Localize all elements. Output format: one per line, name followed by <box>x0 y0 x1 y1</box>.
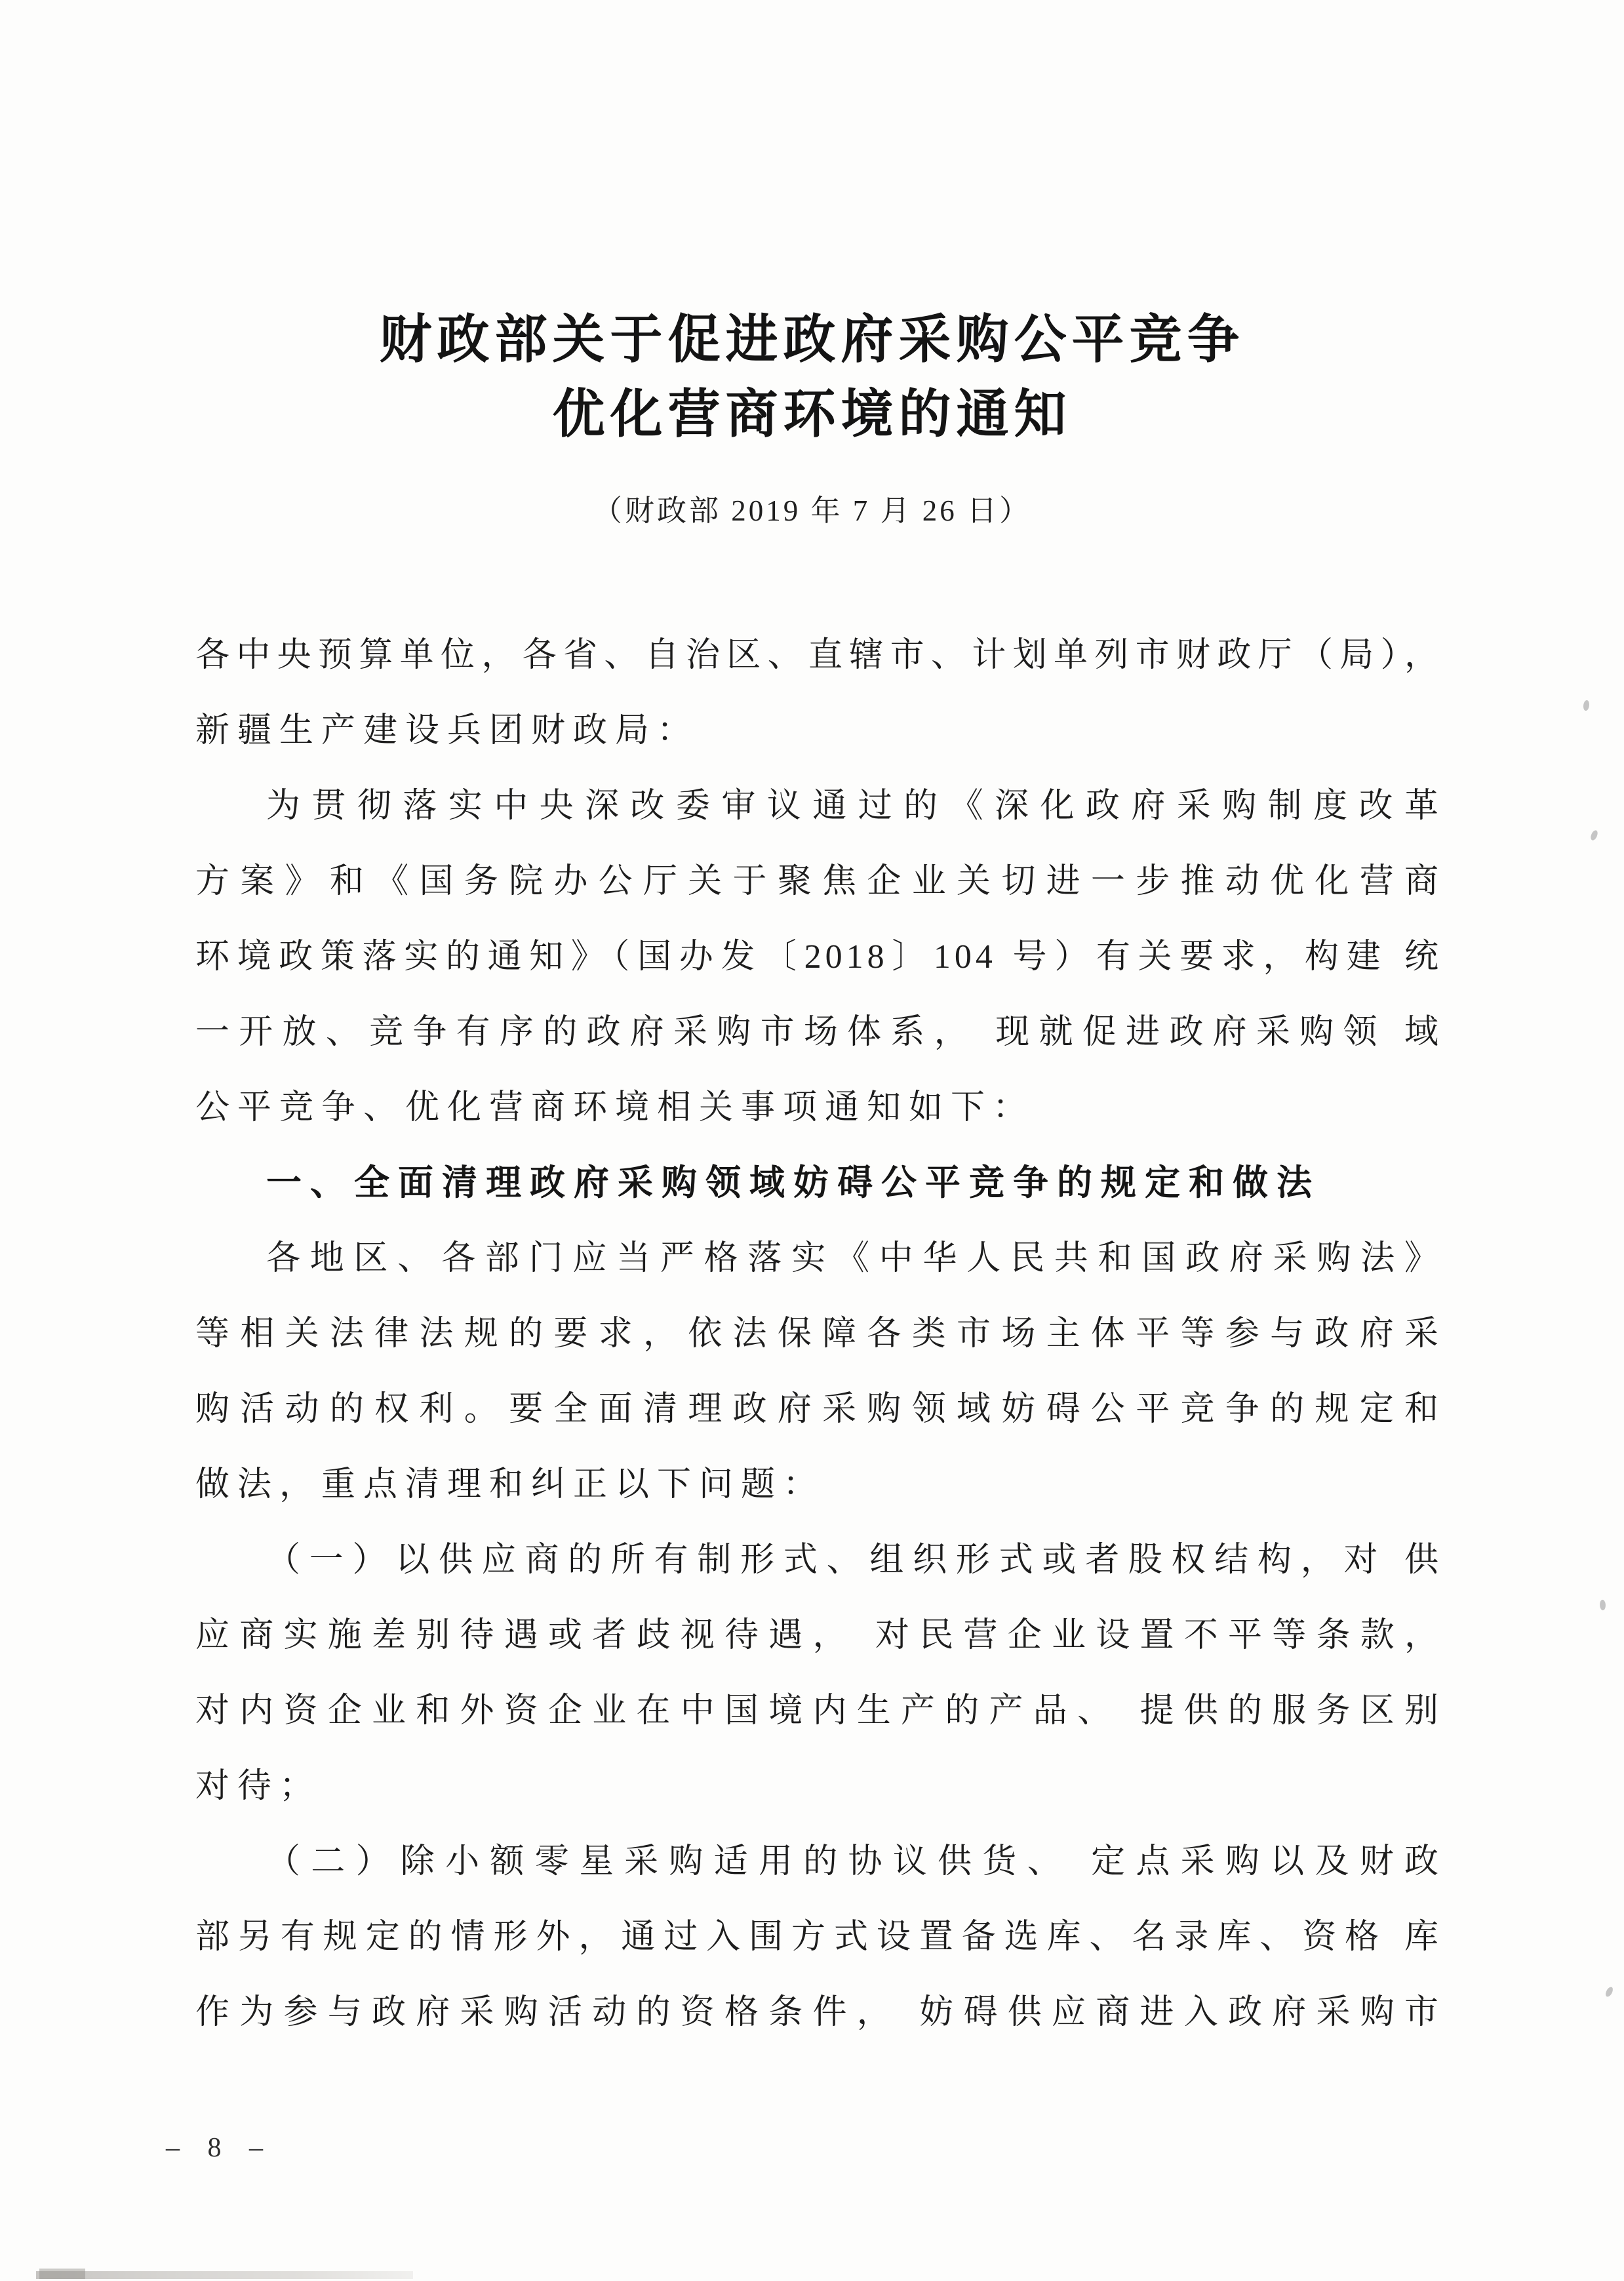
body-line: 做法，重点清理和纠正以下问题： <box>195 1447 1442 1522</box>
body-line: 购活动的权利。要全面清理政府采购领域妨碍公平竞争的规定和 <box>195 1372 1442 1447</box>
body-line: 公平竞争、优化营商环境相关事项通知如下： <box>195 1070 1442 1145</box>
document-title-line-2: 优化营商环境的通知 <box>0 378 1624 452</box>
scan-artifact <box>1599 1599 1607 1610</box>
scan-artifact <box>1583 700 1589 711</box>
body-line: 各地区、各部门应当严格落实《中华人民共和国政府采购法》 <box>195 1221 1442 1296</box>
body-line: 应商实施差别待遇或者歧视待遇， 对民营企业设置不平等条款， <box>195 1598 1442 1673</box>
body-line: 各中央预算单位，各省、自治区、直辖市、计划单列市财政厅（局）， <box>195 618 1442 693</box>
body-line: 部另有规定的情形外，通过入围方式设置备选库、名录库、资格 库 <box>195 1899 1442 1975</box>
body-line: 对待； <box>195 1749 1442 1824</box>
page-number: – 8 – <box>166 2132 273 2164</box>
scan-artifact <box>39 2269 85 2279</box>
body-line: （二）除小额零星采购适用的协议供货、 定点采购以及财政 <box>195 1824 1442 1899</box>
scan-artifact <box>1605 1986 1614 1998</box>
document-title: 财政部关于促进政府采购公平竞争 优化营商环境的通知 <box>0 303 1624 452</box>
body-line: 对内资企业和外资企业在中国境内生产的产品、 提供的服务区别 <box>195 1673 1442 1749</box>
document-page: 财政部关于促进政府采购公平竞争 优化营商环境的通知 （财政部 2019 年 7 … <box>0 0 1624 2281</box>
body-line: 为贯彻落实中央深改委审议通过的《深化政府采购制度改革 <box>195 768 1442 844</box>
body-line: （一）以供应商的所有制形式、组织形式或者股权结构，对 供 <box>195 1522 1442 1598</box>
body-line: 等相关法律法规的要求，依法保障各类市场主体平等参与政府采 <box>195 1296 1442 1372</box>
document-body: 各中央预算单位，各省、自治区、直辖市、计划单列市财政厅（局）， 新疆生产建设兵团… <box>195 618 1442 2050</box>
body-line: 方案》和《国务院办公厅关于聚焦企业关切进一步推动优化营商 <box>195 844 1442 919</box>
document-dateline: （财政部 2019 年 7 月 26 日） <box>0 490 1624 531</box>
body-line: 一开放、竞争有序的政府采购市场体系， 现就促进政府采购领 域 <box>195 995 1442 1070</box>
body-line: 新疆生产建设兵团财政局： <box>195 693 1442 768</box>
body-line: 作为参与政府采购活动的资格条件， 妨碍供应商进入政府采购市 <box>195 1975 1442 2050</box>
section-heading: 一、全面清理政府采购领域妨碍公平竞争的规定和做法 <box>195 1145 1442 1221</box>
scan-artifact <box>36 2271 413 2279</box>
scan-artifact <box>1590 829 1598 841</box>
body-line: 环境政策落实的通知》（国办发〔2018〕104 号）有关要求，构建 统 <box>195 919 1442 995</box>
document-title-line-1: 财政部关于促进政府采购公平竞争 <box>0 303 1624 378</box>
